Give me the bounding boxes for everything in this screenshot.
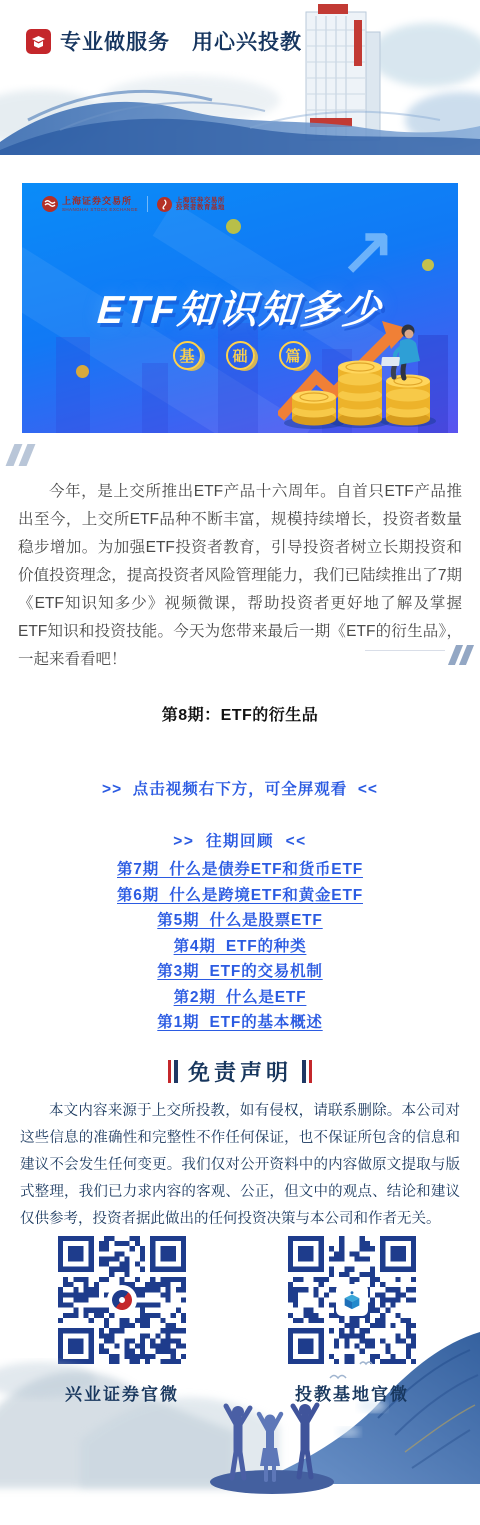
open-quote-icon [10,444,31,466]
sse-logo: 上海证券交易所 SHANGHAI STOCK EXCHANGE [42,196,138,212]
up-arrow-glyph: ↗ [340,217,395,283]
archive-link-ep1[interactable]: 第1期 ETF的基本概述 [0,1010,480,1036]
disclaimer-title: 免责声明 [188,1056,292,1087]
brand-row: 专业做服务 用心兴投教 [26,26,302,56]
sse-logo-icon [42,196,58,212]
article-page: 专业做服务 用心兴投教 上海证券交易所 SHANGHAI STOCK EXCHA… [0,0,480,1525]
coin-stack-middle [338,361,382,426]
skyline-shape [218,323,258,433]
floating-dot [226,219,241,234]
etf-course-banner: 上海证券交易所 SHANGHAI STOCK EXCHANGE 上海证券交易所 … [22,183,458,433]
edu-logo-line2: 投资者教育基地 [176,204,225,211]
logo-divider [147,196,148,212]
header-slogan: 专业做服务 用心兴投教 [60,26,302,56]
qr-label-tjjd: 投教基地官微 [288,1380,416,1405]
badge-circle: 础 [226,341,255,370]
sse-logo-name: 上海证券交易所 [62,196,138,206]
edu-base-logo: 上海证券交易所 投资者教育基地 [157,197,225,212]
brand-logo-icon [26,29,51,54]
archive-link-ep5[interactable]: 第5期 什么是股票ETF [0,908,480,934]
edu-box-icon [341,1289,363,1311]
archive-link-ep6[interactable]: 第6期 什么是跨境ETF和黄金ETF [0,883,480,909]
archive-link-ep7[interactable]: 第7期 什么是债券ETF和货币ETF [0,857,480,883]
disclaimer-heading-row: 免责声明 [0,1056,480,1087]
heading-bars-right [302,1060,312,1083]
building-illustration [306,4,380,140]
header-banner: 专业做服务 用心兴投教 [0,0,480,155]
archive-link-ep4[interactable]: 第4期 ETF的种类 [0,934,480,960]
close-quote-icon [365,645,470,665]
coin-stack-left [292,391,336,426]
watercolor-header-art [0,0,480,155]
xyzq-center-logo [107,1285,137,1315]
coin-stack-right [386,375,430,426]
edu-logo-line1: 上海证券交易所 [176,197,225,204]
coins-illustration [278,319,448,433]
badge-circle: 基 [173,341,202,370]
archive-heading: >> 往期回顾 << [0,830,480,854]
video-fullscreen-hint: >> 点击视频右下方，可全屏观看 << [0,777,480,799]
archive-link-ep2[interactable]: 第2期 什么是ETF [0,985,480,1011]
episode-title: 第8期：ETF的衍生品 [0,702,480,725]
watercolor-footer-art [0,1320,480,1505]
banner-logos: 上海证券交易所 SHANGHAI STOCK EXCHANGE 上海证券交易所 … [42,196,225,212]
disclaimer-text: 本文内容来源于上交所投教，如有侵权，请联系删除。本公司对这些信息的准确性和完整性… [20,1098,460,1233]
qr-label-xyzq: 兴业证券官微 [58,1380,186,1405]
archive-link-ep3[interactable]: 第3期 ETF的交易机制 [0,959,480,985]
archive-section: >> 往期回顾 << 第7期 什么是债券ETF和货币ETF 第6期 什么是跨境E… [0,830,480,1036]
heading-bars-left [168,1060,178,1083]
edu-base-logo-icon [157,197,172,212]
tjjd-center-logo [336,1284,368,1316]
sse-logo-subtext: SHANGHAI STOCK EXCHANGE [62,207,138,212]
skyline-shape [142,363,168,433]
floating-dot [422,259,434,271]
